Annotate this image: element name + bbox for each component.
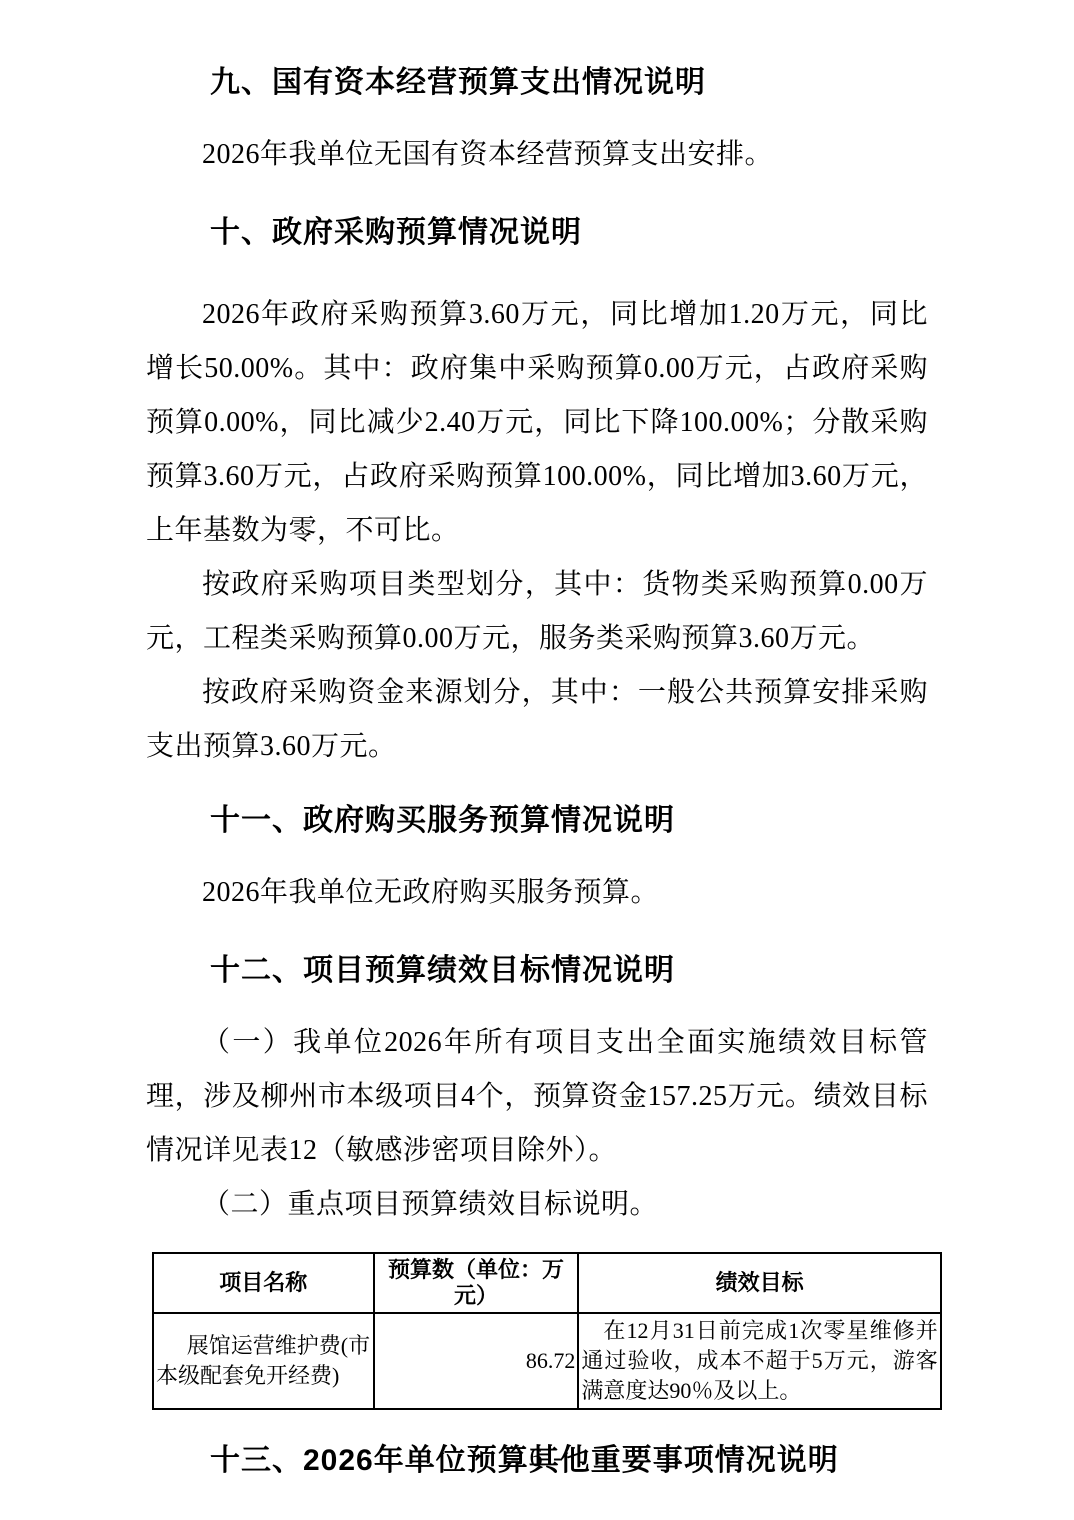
section-10-heading: 十、政府采购预算情况说明 <box>146 212 928 254</box>
section-9-heading: 九、国有资本经营预算支出情况说明 <box>146 62 928 104</box>
section-10-para-3: 按政府采购资金来源划分，其中：一般公共预算安排采购支出预算3.60万元。 <box>146 666 928 774</box>
section-10-para-2: 按政府采购项目类型划分，其中：货物类采购预算0.00万元，工程类采购预算0.00… <box>146 558 928 666</box>
table-header-row: 项目名称 预算数（单位：万元） 绩效目标 <box>153 1253 941 1313</box>
cell-budget: 86.72 <box>374 1313 579 1409</box>
table-row: 展馆运营维护费(市本级配套免开经费) 86.72 在12月31日前完成1次零星维… <box>153 1313 941 1409</box>
section-12-para-1: （一）我单位2026年所有项目支出全面实施绩效目标管理，涉及柳州市本级项目4个，… <box>146 1016 928 1178</box>
page-number: - 6 - <box>0 1443 1074 1473</box>
section-11-para-1: 2026年我单位无政府购买服务预算。 <box>146 866 928 920</box>
document-page: 九、国有资本经营预算支出情况说明 2026年我单位无国有资本经营预算支出安排。 … <box>0 0 1074 1520</box>
section-12-heading: 十二、项目预算绩效目标情况说明 <box>146 950 928 992</box>
section-11-heading: 十一、政府购买服务预算情况说明 <box>146 800 928 842</box>
cell-performance-target: 在12月31日前完成1次零星维修并通过验收，成本不超于5万元，游客满意度达90％… <box>578 1313 940 1409</box>
section-9-para-1: 2026年我单位无国有资本经营预算支出安排。 <box>146 128 928 182</box>
col-header-performance-target: 绩效目标 <box>578 1253 940 1313</box>
col-header-project-name: 项目名称 <box>153 1253 374 1313</box>
cell-project-name: 展馆运营维护费(市本级配套免开经费) <box>153 1313 374 1409</box>
col-header-budget: 预算数（单位：万元） <box>374 1253 579 1313</box>
section-10-para-1: 2026年政府采购预算3.60万元，同比增加1.20万元，同比增长50.00%。… <box>146 288 928 558</box>
performance-target-table: 项目名称 预算数（单位：万元） 绩效目标 展馆运营维护费(市本级配套免开经费) … <box>152 1252 942 1410</box>
section-12-para-2: （二）重点项目预算绩效目标说明。 <box>146 1178 928 1232</box>
